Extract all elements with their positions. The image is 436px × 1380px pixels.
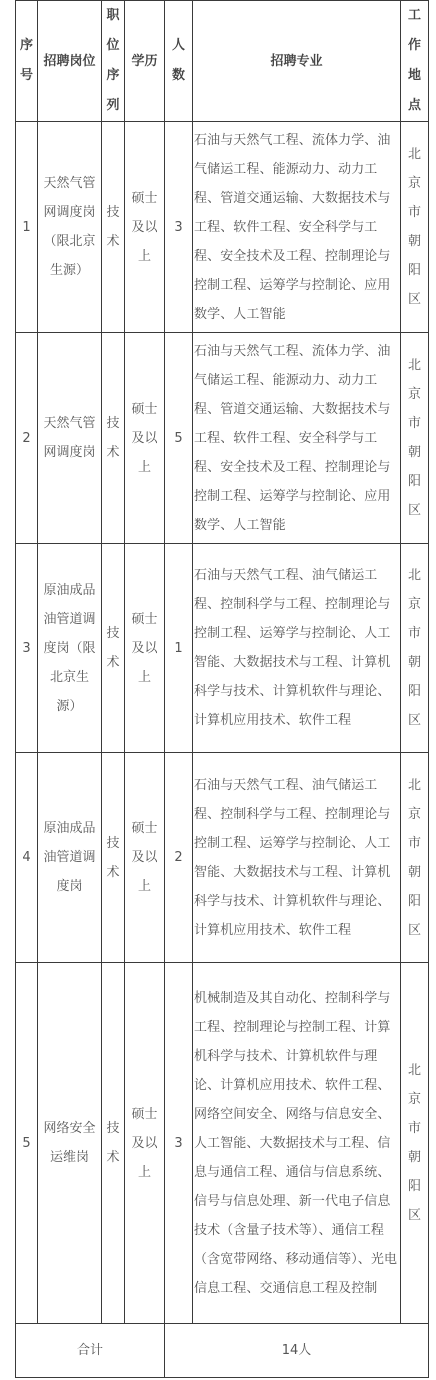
table-row: 2 天然气管网调度岗 技术 硕士及以上 5 石油与天然气工程、流体力学、油气储运…: [16, 333, 429, 544]
header-no: 序号: [16, 1, 38, 122]
header-row: 序号 招聘岗位 职位序列 学历 人数 招聘专业 工作地点: [16, 1, 429, 122]
cell-location: 北京市朝阳区: [401, 122, 429, 333]
cell-no: 4: [16, 753, 38, 963]
cell-position: 天然气管网调度岗（限北京生源）: [38, 122, 102, 333]
cell-education: 硕士及以上: [125, 963, 165, 1324]
cell-sequence: 技术: [102, 753, 125, 963]
cell-location: 北京市朝阳区: [401, 333, 429, 544]
cell-location: 北京市朝阳区: [401, 963, 429, 1324]
cell-sequence: 技术: [102, 122, 125, 333]
table-row: 5 网络安全运维岗 技术 硕士及以上 3 机械制造及其自动化、控制科学与工程、控…: [16, 963, 429, 1324]
total-value: 14人: [165, 1324, 429, 1378]
cell-position: 天然气管网调度岗: [38, 333, 102, 544]
cell-major: 石油与天然气工程、油气储运工程、控制科学与工程、控制理论与控制工程、运筹学与控制…: [193, 544, 401, 753]
cell-count: 2: [165, 753, 193, 963]
cell-major: 石油与天然气工程、油气储运工程、控制科学与工程、控制理论与控制工程、运筹学与控制…: [193, 753, 401, 963]
cell-major: 机械制造及其自动化、控制科学与工程、控制理论与控制工程、计算机科学与技术、计算机…: [193, 963, 401, 1324]
recruitment-table: 序号 招聘岗位 职位序列 学历 人数 招聘专业 工作地点 1 天然气管网调度岗（…: [15, 0, 429, 1378]
header-major: 招聘专业: [193, 1, 401, 122]
cell-major: 石油与天然气工程、流体力学、油气储运工程、能源动力、动力工程、管道交通运输、大数…: [193, 333, 401, 544]
cell-sequence: 技术: [102, 963, 125, 1324]
table-row: 3 原油成品油管道调度岗（限北京生源） 技术 硕士及以上 1 石油与天然气工程、…: [16, 544, 429, 753]
cell-count: 3: [165, 122, 193, 333]
table-row: 4 原油成品油管道调度岗 技术 硕士及以上 2 石油与天然气工程、油气储运工程、…: [16, 753, 429, 963]
cell-position: 网络安全运维岗: [38, 963, 102, 1324]
header-position: 招聘岗位: [38, 1, 102, 122]
cell-no: 2: [16, 333, 38, 544]
cell-count: 3: [165, 963, 193, 1324]
cell-position: 原油成品油管道调度岗: [38, 753, 102, 963]
cell-location: 北京市朝阳区: [401, 753, 429, 963]
cell-sequence: 技术: [102, 333, 125, 544]
cell-no: 1: [16, 122, 38, 333]
header-education: 学历: [125, 1, 165, 122]
header-count: 人数: [165, 1, 193, 122]
cell-count: 1: [165, 544, 193, 753]
cell-location: 北京市朝阳区: [401, 544, 429, 753]
cell-education: 硕士及以上: [125, 122, 165, 333]
header-sequence: 职位序列: [102, 1, 125, 122]
header-location: 工作地点: [401, 1, 429, 122]
total-label: 合计: [16, 1324, 165, 1378]
cell-education: 硕士及以上: [125, 753, 165, 963]
cell-count: 5: [165, 333, 193, 544]
table-row: 1 天然气管网调度岗（限北京生源） 技术 硕士及以上 3 石油与天然气工程、流体…: [16, 122, 429, 333]
cell-no: 5: [16, 963, 38, 1324]
cell-sequence: 技术: [102, 544, 125, 753]
cell-position: 原油成品油管道调度岗（限北京生源）: [38, 544, 102, 753]
cell-major: 石油与天然气工程、流体力学、油气储运工程、能源动力、动力工程、管道交通运输、大数…: [193, 122, 401, 333]
cell-education: 硕士及以上: [125, 333, 165, 544]
cell-education: 硕士及以上: [125, 544, 165, 753]
total-row: 合计 14人: [16, 1324, 429, 1378]
cell-no: 3: [16, 544, 38, 753]
